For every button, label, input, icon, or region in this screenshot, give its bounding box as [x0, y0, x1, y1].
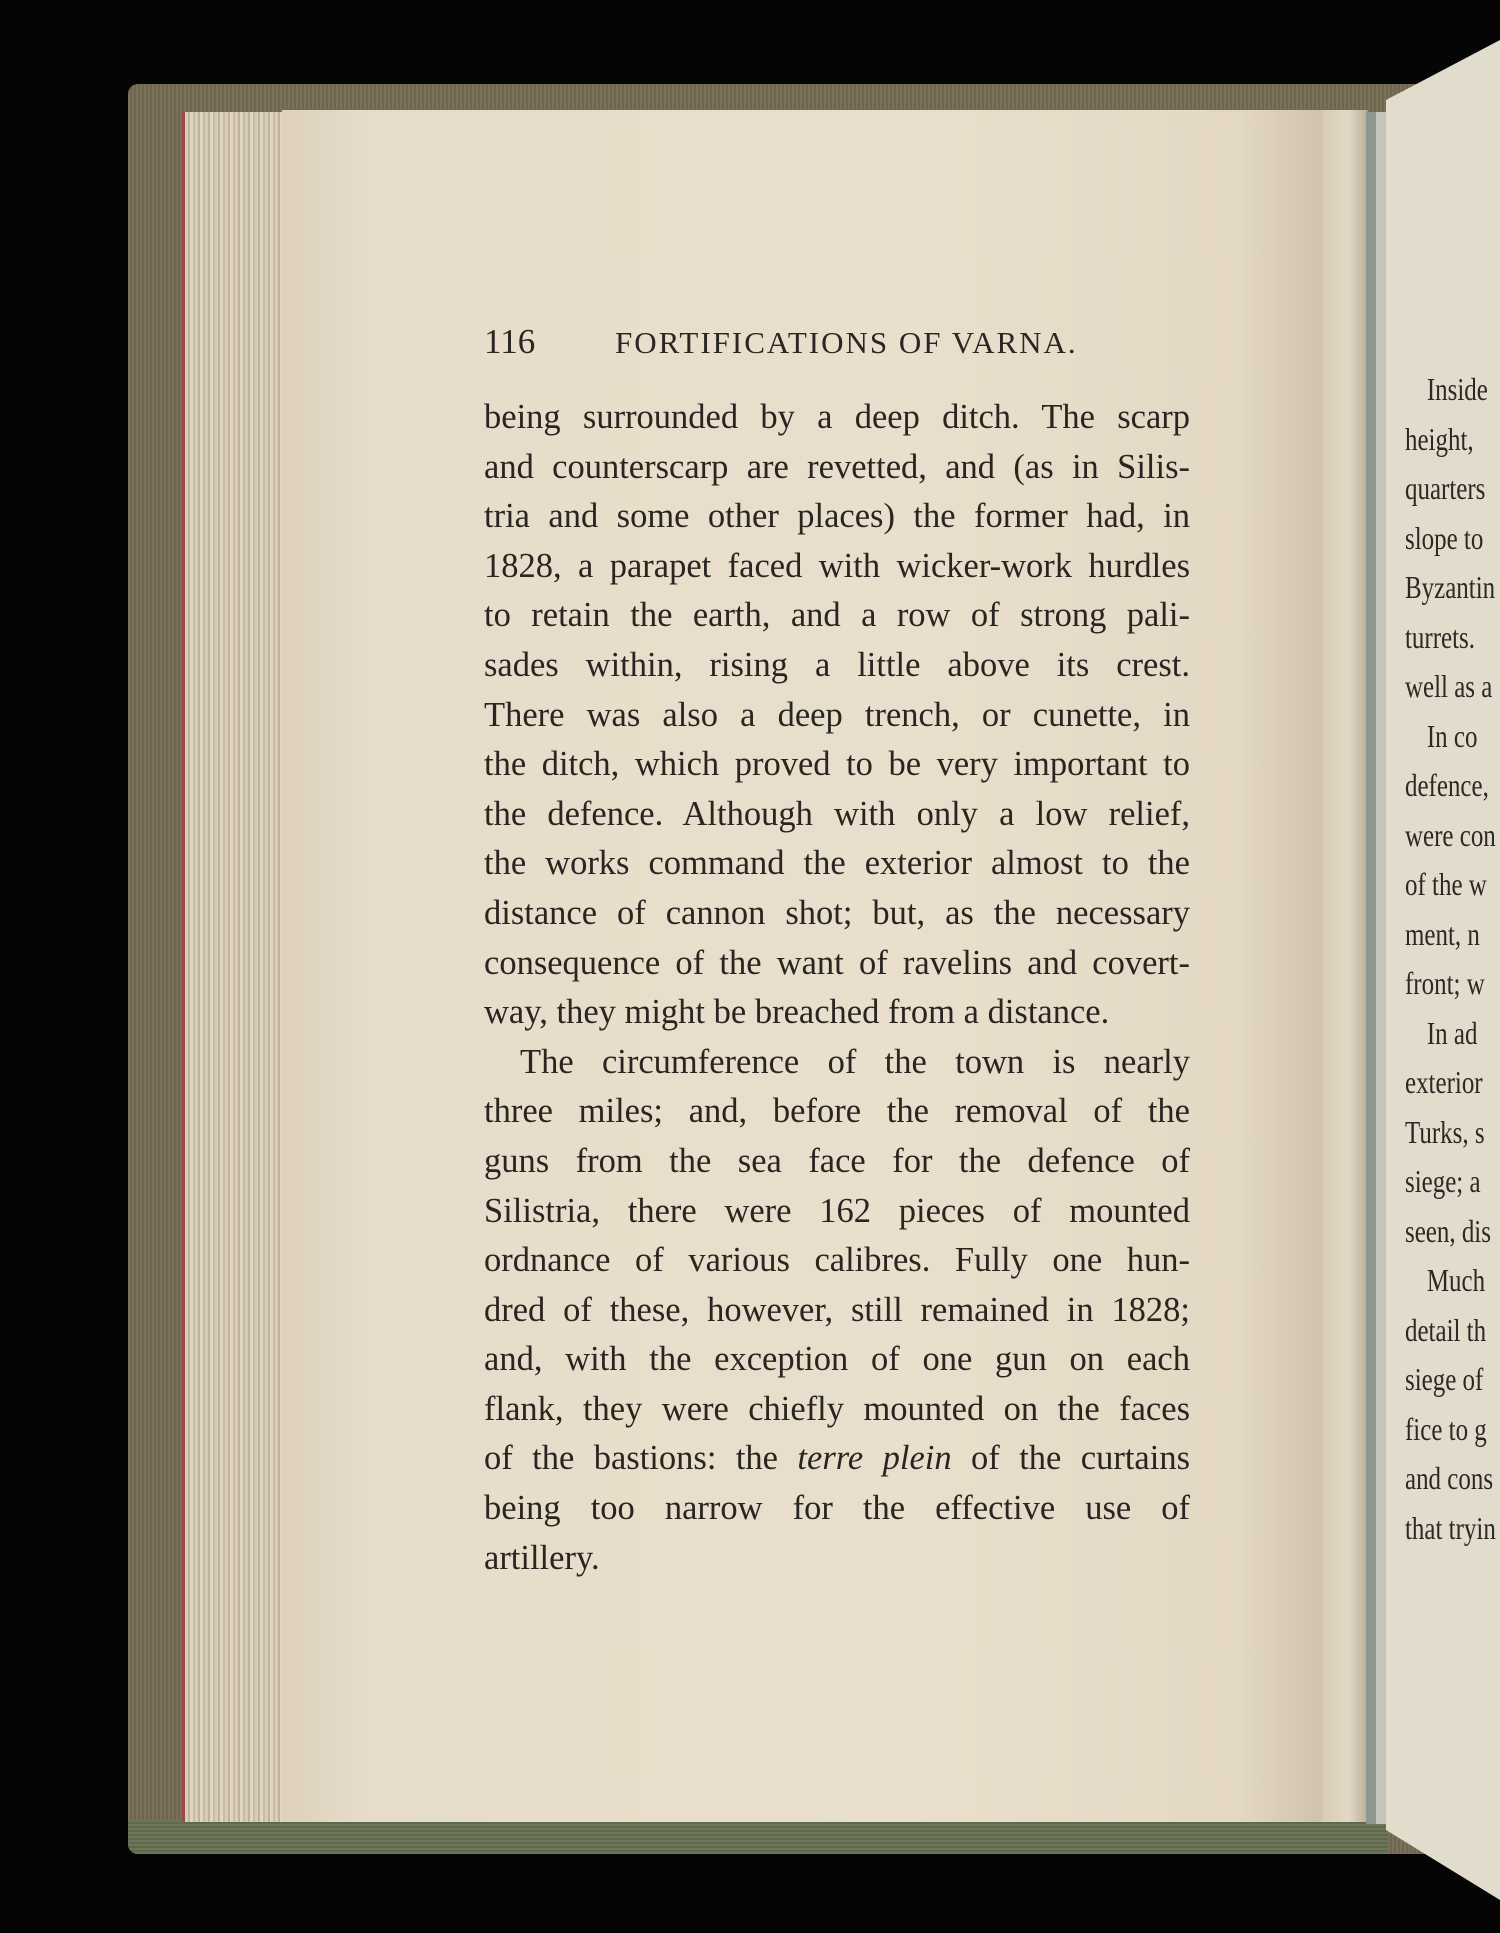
facing-line: Turks, s — [1405, 1108, 1483, 1158]
paragraph-start-line: The circumference of the town is nearly — [484, 1038, 1190, 1088]
facing-line: of the w — [1405, 860, 1483, 910]
text-line: Silistria, there were 162 pieces of moun… — [484, 1187, 1190, 1237]
facing-line: Much — [1405, 1256, 1483, 1306]
text-line: dred of these, however, still remained i… — [484, 1286, 1190, 1336]
facing-line: siege; a — [1405, 1157, 1483, 1207]
text-line: to retain the earth, and a row of strong… — [484, 591, 1190, 641]
text-line: 1828, a parapet faced with wicker-work h… — [484, 542, 1190, 592]
facing-line: slope to — [1405, 514, 1483, 564]
text-line: the ditch, which proved to be very impor… — [484, 740, 1190, 790]
body-text: being surrounded by a deep ditch. The sc… — [484, 393, 1190, 1583]
text-line: the defence. Although with only a low re… — [484, 790, 1190, 840]
facing-line: Byzantin — [1405, 563, 1483, 613]
text-line: consequence of the want of ravelins and … — [484, 939, 1190, 989]
facing-line: detail th — [1405, 1306, 1483, 1356]
text-line: being surrounded by a deep ditch. The sc… — [484, 393, 1190, 443]
text-line: ordnance of various calibres. Fully one … — [484, 1236, 1190, 1286]
text-line: distance of cannon shot; but, as the nec… — [484, 889, 1190, 939]
text-line-with-italic: of the bastions: the terre plein of the … — [484, 1434, 1190, 1484]
text-line: flank, they were chiefly mounted on the … — [484, 1385, 1190, 1435]
facing-line: exterior — [1405, 1058, 1483, 1108]
facing-line: that tryin — [1405, 1504, 1483, 1554]
italic-term: terre plein — [797, 1439, 951, 1477]
facing-line: quarters — [1405, 464, 1483, 514]
binding-strip — [1366, 112, 1376, 1824]
facing-line: and cons — [1405, 1454, 1483, 1504]
facing-page-text: Inside height, quarters slope to Byzanti… — [1405, 365, 1500, 1553]
facing-line: were con — [1405, 811, 1483, 861]
text-fragment: of the curtains — [952, 1439, 1190, 1477]
facing-line: fice to g — [1405, 1405, 1483, 1455]
running-title: FORTIFICATIONS OF VARNA. — [615, 325, 1078, 360]
text-line: There was also a deep trench, or cunette… — [484, 691, 1190, 741]
text-line: guns from the sea face for the defence o… — [484, 1137, 1190, 1187]
text-line: artillery. — [484, 1534, 1190, 1584]
book-cover-bottom-edge — [128, 1820, 1388, 1854]
facing-line: Inside — [1405, 365, 1483, 415]
facing-line: seen, dis — [1405, 1207, 1483, 1257]
page-gutter — [1322, 110, 1368, 1822]
facing-line: height, — [1405, 415, 1483, 465]
text-line: tria and some other places) the former h… — [484, 492, 1190, 542]
facing-line: turrets. — [1405, 613, 1483, 663]
facing-line: defence, — [1405, 761, 1483, 811]
text-line: the works command the exterior almost to… — [484, 839, 1190, 889]
facing-line: In ad — [1405, 1009, 1483, 1059]
facing-line: ment, n — [1405, 910, 1483, 960]
text-line: and, with the exception of one gun on ea… — [484, 1335, 1190, 1385]
page-number: 116 — [484, 322, 535, 361]
text-line: and counterscarp are revetted, and (as i… — [484, 443, 1190, 493]
facing-line: siege of — [1405, 1355, 1483, 1405]
page-edges — [182, 112, 285, 1822]
text-line: way, they might be breached from a dista… — [484, 988, 1190, 1038]
running-head: 116 FORTIFICATIONS OF VARNA. — [484, 322, 1204, 362]
binding-strip-light — [1376, 112, 1386, 1824]
text-line: sades within, rising a little above its … — [484, 641, 1190, 691]
text-line: being too narrow for the effective use o… — [484, 1484, 1190, 1534]
facing-line: well as a — [1405, 662, 1483, 712]
text-fragment: of the bastions: the — [484, 1439, 797, 1477]
facing-line: front; w — [1405, 959, 1483, 1009]
facing-line: In co — [1405, 712, 1483, 762]
text-line: three miles; and, before the removal of … — [484, 1087, 1190, 1137]
